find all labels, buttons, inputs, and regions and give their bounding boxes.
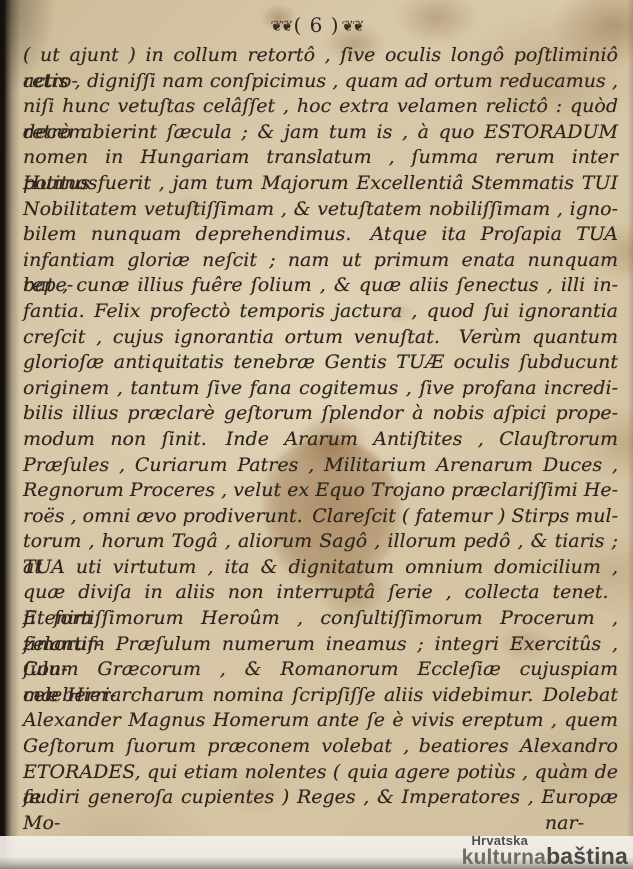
text-line: ſulum Græcorum , & Romanorum Eccleſiæ cu… (23, 657, 618, 683)
text-line: torum , horum Togâ , aliorum Sagô , illo… (23, 529, 618, 555)
page-number: ( 6 ) (291, 13, 341, 37)
text-line: quæ diviſa in aliis non interruptâ ſerie… (23, 580, 618, 606)
text-line: fantia. Felix profectò temporis jactura … (23, 299, 618, 325)
text-line: ſimorum Præſulum numerum ineamus ; integ… (23, 632, 618, 658)
text-line: creſcit , cujus ignorantia ortum venuſta… (23, 325, 618, 351)
text-line: mæ Hierarcharum nomina ſcripſiſſe aliis … (23, 683, 618, 709)
text-line: roës , omni ævo prodiverunt. Clareſcit (… (23, 504, 618, 530)
text-line: Nobilitatem vetuſtiſſimam , & vetuſtatem… (23, 197, 618, 223)
text-line: bilem nunquam deprehendimus. Atque ita P… (23, 222, 618, 248)
text-line: actis , digniſſi nam conſpicimus , quam … (23, 69, 618, 95)
text-line: retrò abierint ſæcula ; & jam tum is , à… (23, 120, 618, 146)
text-line: bilis illius præclarè geſtorum ſplendor … (23, 401, 618, 427)
text-line: infantiam gloriæ neſcit ; nam ut primum … (23, 248, 618, 274)
text-line: originem , tantum ſive fana cogitemus , … (23, 376, 618, 402)
text-line: TUA uti virtutum , ita & dignitatum omni… (23, 555, 618, 581)
text-line: nomen in Hungariam translatum , ſumma re… (23, 145, 618, 171)
text-line: potitus fuerit , jam tum Majorum Excelle… (23, 171, 618, 197)
watermark-line2-regular: kulturna (462, 846, 546, 869)
text-line: niſi hunc vetuſtas celâſſet , hoc extra … (23, 94, 618, 120)
watermark-line2: kulturnabaština (462, 845, 628, 868)
page-header: ❦❦( 6 )❦❦ (0, 13, 633, 37)
text-line: glorioſæ antiquitatis tenebræ Gentis TUÆ… (23, 350, 618, 376)
page-right-edge (627, 0, 633, 869)
watermark: Hrvatska kulturnabaština (462, 834, 628, 868)
text-line: modum non ſinit. Inde Ararum Antiſtites … (23, 427, 618, 453)
text-line: Geſtorum ſuorum præconem volebat , beati… (23, 734, 618, 760)
text-block: ( ut ajunt ) in collum retortô , ſive oc… (23, 43, 618, 836)
fleuron-ornament-right: ❦❦ (342, 17, 363, 35)
binding-gutter-shadow (0, 0, 22, 869)
book-page-scan: ❦❦( 6 )❦❦ ( ut ajunt ) in collum retortô… (0, 0, 633, 869)
fleuron-ornament-left: ❦❦ (270, 17, 291, 35)
text-line: ſi fortiſſimorum Heroûm , conſultiſſimor… (23, 606, 618, 632)
text-line: Regnorum Proceres , velut ex Equo Trojan… (23, 478, 618, 504)
text-line: Alexander Magnus Homerum ante ſe è vivis… (23, 708, 618, 734)
text-line: audiri generoſa cupientes ) Reges , & Im… (23, 785, 618, 811)
text-line: Præſules , Curiarum Patres , Militarium … (23, 453, 618, 479)
text-line: bat , cunæ illius fuêre ſolium , & quæ a… (23, 273, 618, 299)
watermark-line2-bold: baština (546, 843, 628, 869)
text-line: ETORADES, qui etiam nolentes ( quia ager… (23, 760, 618, 786)
text-line: ( ut ajunt ) in collum retortô , ſive oc… (23, 43, 618, 69)
catchword: nar- (23, 811, 618, 837)
